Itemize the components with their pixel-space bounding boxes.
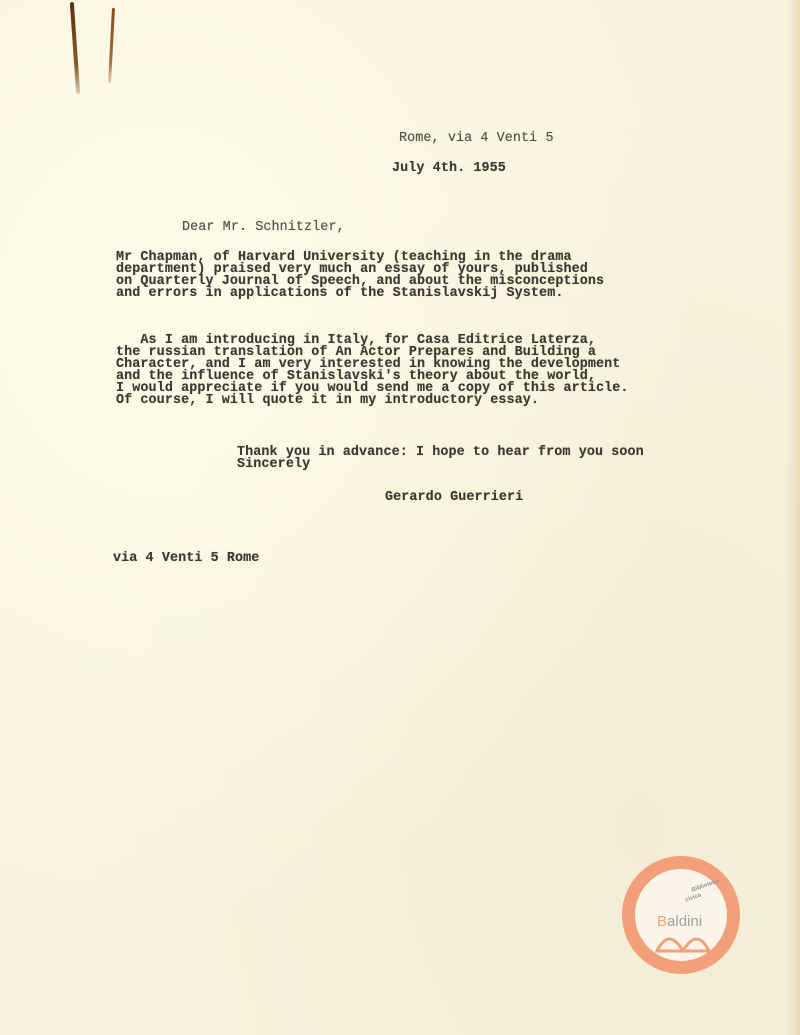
ink-mark bbox=[70, 2, 80, 94]
paragraph-line: and errors in applications of the Stanis… bbox=[116, 288, 563, 300]
salutation: Dear Mr. Schnitzler, bbox=[182, 222, 345, 234]
stamp-name: Baldini bbox=[657, 913, 702, 930]
stamp-text: civica bbox=[684, 892, 702, 903]
open-book-icon bbox=[655, 929, 711, 953]
paragraph-line: Of course, I will quote it in my introdu… bbox=[116, 395, 539, 407]
sender-address: Rome, via 4 Venti 5 bbox=[399, 133, 554, 145]
closing-line: Sincerely bbox=[237, 459, 310, 471]
ink-mark bbox=[108, 8, 115, 83]
footer-address: via 4 Venti 5 Rome bbox=[113, 553, 259, 565]
stamp-text: Biblioteca bbox=[691, 878, 720, 893]
letter-date: July 4th. 1955 bbox=[392, 163, 506, 175]
signature: Gerardo Guerrieri bbox=[385, 492, 523, 504]
library-stamp: Biblioteca civica Baldini bbox=[622, 856, 740, 974]
letter-page: Rome, via 4 Venti 5 July 4th. 1955 Dear … bbox=[0, 0, 800, 1035]
paper-edge bbox=[786, 0, 800, 1035]
